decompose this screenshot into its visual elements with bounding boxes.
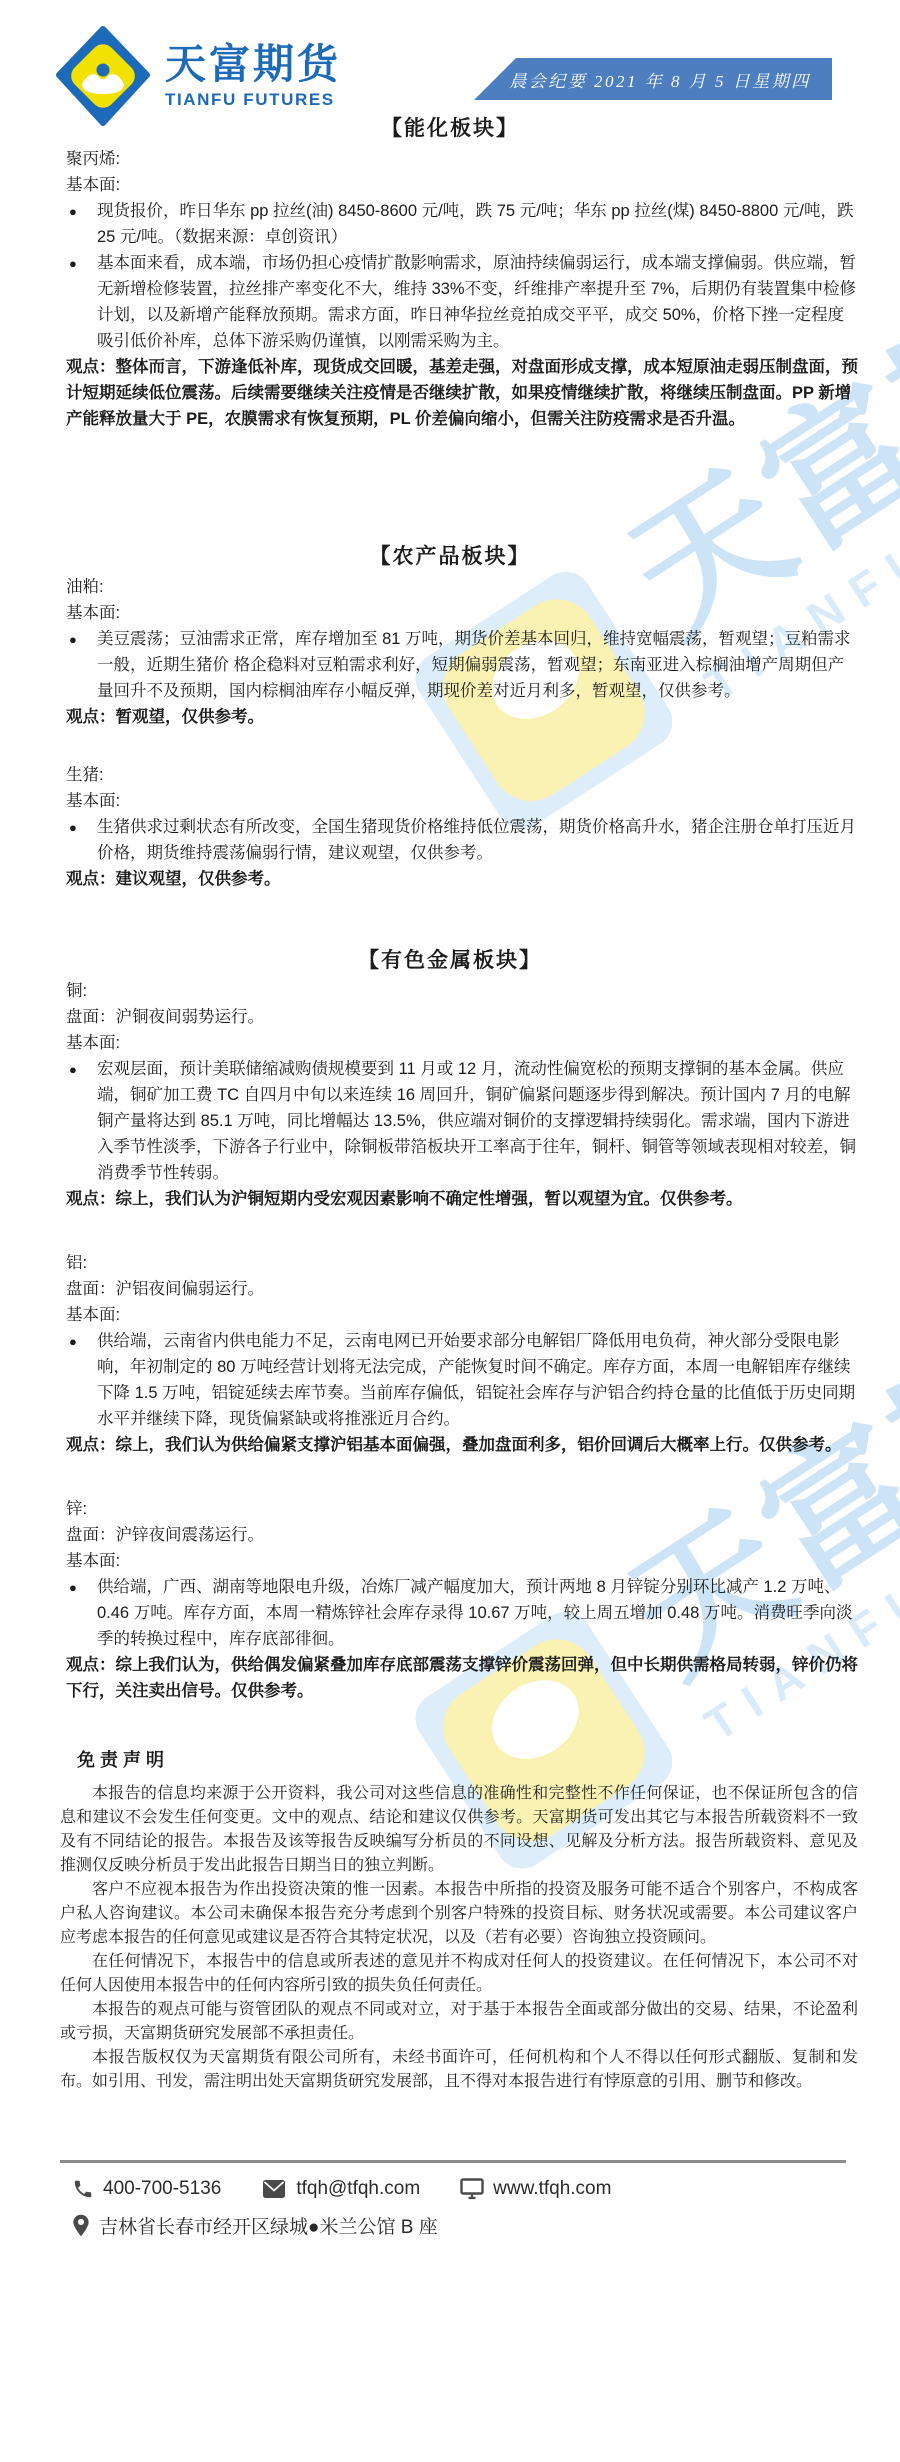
fundamentals-label: 基本面: xyxy=(66,1548,858,1574)
instrument-group-zinc: 锌: 盘面：沪锌夜间震荡运行。 基本面: 供给端，广西、湖南等地限电升级，冶炼厂… xyxy=(66,1496,858,1704)
location-pin-icon xyxy=(72,2213,90,2238)
market-session-line: 盘面：沪锌夜间震荡运行。 xyxy=(66,1522,858,1548)
disclaimer-paragraph: 本报告的信息均来源于公开资料，我公司对这些信息的准确性和完整性不作任何保证，也不… xyxy=(60,1782,858,1878)
company-logo: 天富期货 TIANFU FUTURES xyxy=(55,26,341,126)
phone-number: 400-700-5136 xyxy=(103,2178,221,2200)
instrument-name: 锌: xyxy=(66,1496,858,1522)
market-session-line: 盘面：沪铝夜间偏弱运行。 xyxy=(66,1276,858,1302)
fundamentals-label: 基本面: xyxy=(66,788,858,814)
instrument-name: 铜: xyxy=(66,978,858,1004)
instrument-group-copper: 铜: 盘面：沪铜夜间弱势运行。 基本面: 宏观层面，预计美联储缩减购债规模要到 … xyxy=(66,978,858,1212)
footer-phone: 400-700-5136 xyxy=(72,2178,221,2200)
disclaimer-paragraph: 在任何情况下，本报告中的信息或所表述的意见并不构成对任何人的投资建议。在任何情况… xyxy=(60,1950,858,1998)
website-url: www.tfqh.com xyxy=(493,2178,611,2200)
instrument-name: 生猪: xyxy=(66,762,858,788)
footer-contact-row: 400-700-5136 tfqh@tfqh.com www.tfqh.com xyxy=(72,2178,611,2200)
bullet-icon xyxy=(66,250,97,354)
market-session-line: 盘面：沪铜夜间弱势运行。 xyxy=(66,1004,858,1030)
fundamental-point: 美豆震荡；豆油需求正常，库存增加至 81 万吨，期货价差基本回归，维持宽幅震荡，… xyxy=(66,626,858,704)
viewpoint: 观点：暂观望，仅供参考。 xyxy=(66,704,858,730)
viewpoint: 观点：综上，我们认为沪铜短期内受宏观因素影响不确定性增强，暂以观望为宜。仅供参考… xyxy=(66,1186,858,1212)
fundamental-point: 基本面来看，成本端，市场仍担心疫情扩散影响需求，原油持续偏弱运行，成本端支撑偏弱… xyxy=(66,250,858,354)
viewpoint: 观点：综上我们认为，供给偶发偏紧叠加库存底部震荡支撑锌价震荡回弹，但中长期供需格… xyxy=(66,1652,858,1704)
instrument-group-oilmeal: 油粕: 基本面: 美豆震荡；豆油需求正常，库存增加至 81 万吨，期货价差基本回… xyxy=(66,574,858,730)
section-agricultural: 油粕: 基本面: 美豆震荡；豆油需求正常，库存增加至 81 万吨，期货价差基本回… xyxy=(66,574,858,892)
fundamental-point: 供给端，广西、湖南等地限电升级，冶炼厂减产幅度加大，预计两地 8 月锌锭分别环比… xyxy=(66,1574,858,1652)
disclaimer-paragraph: 本报告的观点可能与资管团队的观点不同或对立，对于基于本报告全面或部分做出的交易、… xyxy=(60,1998,858,2046)
disclaimer-paragraph: 客户不应视本报告为作出投资决策的惟一因素。本报告中所指的投资及服务可能不适合个别… xyxy=(60,1878,858,1950)
instrument-name: 铝: xyxy=(66,1250,858,1276)
fundamental-text: 美豆震荡；豆油需求正常，库存增加至 81 万吨，期货价差基本回归，维持宽幅震荡，… xyxy=(97,626,858,704)
disclaimer-body: 本报告的信息均来源于公开资料，我公司对这些信息的准确性和完整性不作任何保证，也不… xyxy=(60,1782,858,2094)
report-page: 天富期货 TIANFU FUTURES 天富期货 TIANFU FUTURES … xyxy=(0,0,900,2462)
report-banner: 晨会纪要 2021 年 8 月 5 日星期四 xyxy=(474,58,832,100)
bullet-icon xyxy=(66,1328,97,1432)
report-title-date: 晨会纪要 2021 年 8 月 5 日星期四 xyxy=(509,67,811,92)
bullet-icon xyxy=(66,198,97,250)
fundamentals-label: 基本面: xyxy=(66,600,858,626)
fundamental-text: 供给端，广西、湖南等地限电升级，冶炼厂减产幅度加大，预计两地 8 月锌锭分别环比… xyxy=(97,1574,858,1652)
section-title-energy-chemical: 【能化板块】 xyxy=(0,112,900,142)
section-title-metals: 【有色金属板块】 xyxy=(0,944,900,974)
section-title-agricultural: 【农产品板块】 xyxy=(0,540,900,570)
fundamental-text: 基本面来看，成本端，市场仍担心疫情扩散影响需求，原油持续偏弱运行，成本端支撑偏弱… xyxy=(97,250,858,354)
fundamental-point: 供给端，云南省内供电能力不足，云南电网已开始要求部分电解铝厂降低用电负荷，神火部… xyxy=(66,1328,858,1432)
brand-name-cn: 天富期货 xyxy=(165,42,341,87)
footer-address-row: 吉林省长春市经开区绿城●米兰公馆 B 座 xyxy=(72,2212,438,2239)
section-energy-chemical: 聚丙烯: 基本面: 现货报价，昨日华东 pp 拉丝(油) 8450-8600 元… xyxy=(66,146,858,432)
envelope-icon xyxy=(261,2179,287,2199)
fundamentals-label: 基本面: xyxy=(66,1302,858,1328)
bullet-icon xyxy=(66,1574,97,1652)
fundamental-text: 宏观层面，预计美联储缩减购债规模要到 11 月或 12 月，流动性偏宽松的预期支… xyxy=(97,1056,858,1186)
fundamentals-label: 基本面: xyxy=(66,172,858,198)
fundamentals-label: 基本面: xyxy=(66,1030,858,1056)
fundamental-point: 生猪供求过剩状态有所改变，全国生猪现货价格维持低位震荡，期货价格高升水，猪企注册… xyxy=(66,814,858,866)
instrument-group-hogs: 生猪: 基本面: 生猪供求过剩状态有所改变，全国生猪现货价格维持低位震荡，期货价… xyxy=(66,762,858,892)
bullet-icon xyxy=(66,814,97,866)
footer-divider xyxy=(60,2160,846,2163)
email-address: tfqh@tfqh.com xyxy=(296,2178,420,2200)
section-metals: 铜: 盘面：沪铜夜间弱势运行。 基本面: 宏观层面，预计美联储缩减购债规模要到 … xyxy=(66,978,858,1704)
instrument-name: 油粕: xyxy=(66,574,858,600)
address-text: 吉林省长春市经开区绿城●米兰公馆 B 座 xyxy=(99,2212,438,2239)
fundamental-text: 供给端，云南省内供电能力不足，云南电网已开始要求部分电解铝厂降低用电负荷，神火部… xyxy=(97,1328,858,1432)
disclaimer-paragraph: 本报告版权仅为天富期货有限公司所有，未经书面许可，任何机构和个人不得以任何形式翻… xyxy=(60,2046,858,2094)
fundamental-point: 现货报价，昨日华东 pp 拉丝(油) 8450-8600 元/吨，跌 75 元/… xyxy=(66,198,858,250)
instrument-group-aluminum: 铝: 盘面：沪铝夜间偏弱运行。 基本面: 供给端，云南省内供电能力不足，云南电网… xyxy=(66,1250,858,1458)
bullet-icon xyxy=(66,626,97,704)
fundamental-point: 宏观层面，预计美联储缩减购债规模要到 11 月或 12 月，流动性偏宽松的预期支… xyxy=(66,1056,858,1186)
footer-website: www.tfqh.com xyxy=(460,2178,611,2200)
viewpoint: 观点：建议观望，仅供参考。 xyxy=(66,866,858,892)
disclaimer-title: 免责声明 xyxy=(77,1746,169,1772)
tianfu-diamond-logo-icon xyxy=(55,26,151,126)
viewpoint: 观点：综上，我们认为供给偏紧支撑沪铝基本面偏强，叠加盘面利多，铝价回调后大概率上… xyxy=(66,1432,858,1458)
phone-icon xyxy=(72,2178,94,2200)
instrument-name: 聚丙烯: xyxy=(66,146,858,172)
fundamental-text: 现货报价，昨日华东 pp 拉丝(油) 8450-8600 元/吨，跌 75 元/… xyxy=(97,198,858,250)
monitor-icon xyxy=(460,2178,484,2200)
footer-address: 吉林省长春市经开区绿城●米兰公馆 B 座 xyxy=(72,2212,438,2239)
instrument-group-pp: 聚丙烯: 基本面: 现货报价，昨日华东 pp 拉丝(油) 8450-8600 元… xyxy=(66,146,858,432)
fundamental-text: 生猪供求过剩状态有所改变，全国生猪现货价格维持低位震荡，期货价格高升水，猪企注册… xyxy=(97,814,858,866)
footer-email: tfqh@tfqh.com xyxy=(261,2178,420,2200)
brand-name-en: TIANFU FUTURES xyxy=(165,90,341,110)
viewpoint: 观点：整体而言，下游逢低补库，现货成交回暖，基差走强，对盘面形成支撑，成本短原油… xyxy=(66,354,858,432)
bullet-icon xyxy=(66,1056,97,1186)
